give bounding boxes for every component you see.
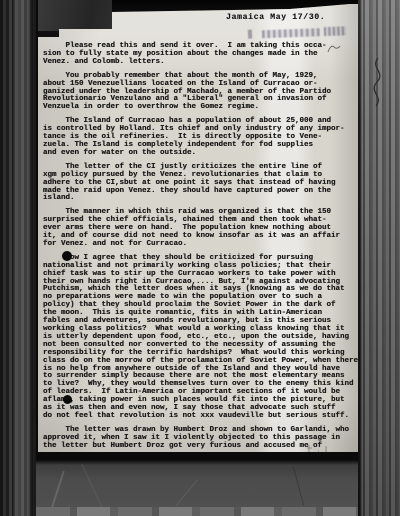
paragraph-5: The manner in which this raid was organi… xyxy=(43,209,363,249)
scratch-mark xyxy=(175,480,198,507)
letter-paper: Jamaica May 17/30. Please read this and … xyxy=(0,0,400,516)
background-bottom-edge xyxy=(36,507,358,516)
stamp-mark xyxy=(262,28,320,38)
scratch-mark xyxy=(81,464,103,510)
wire-squiggle xyxy=(368,56,392,112)
paragraph-1: Please read this and send it over. I am … xyxy=(43,43,363,67)
paragraph-6: Now I agree that they should be criticiz… xyxy=(43,255,363,421)
paragraph-3: The Island of Curracao has a population … xyxy=(43,118,363,158)
paragraph-2: You probably remember that about the mon… xyxy=(43,73,363,113)
ink-blot xyxy=(63,395,72,404)
letter-body: Please read this and send it over. I am … xyxy=(43,43,363,457)
background-top-left xyxy=(38,0,112,31)
scratch-mark xyxy=(293,467,304,506)
dateline: Jamaica May 17/30. xyxy=(226,13,325,22)
stamp-mark xyxy=(248,30,252,39)
ink-blot xyxy=(62,251,72,261)
paragraph-4: The letter of the CI justly criticizes t… xyxy=(43,164,363,204)
photostat-letter-scan: Jamaica May 17/30. Please read this and … xyxy=(0,0,400,516)
ink-stamp xyxy=(248,24,348,41)
stamp-mark xyxy=(324,26,346,36)
wood-grain-left xyxy=(0,0,38,516)
